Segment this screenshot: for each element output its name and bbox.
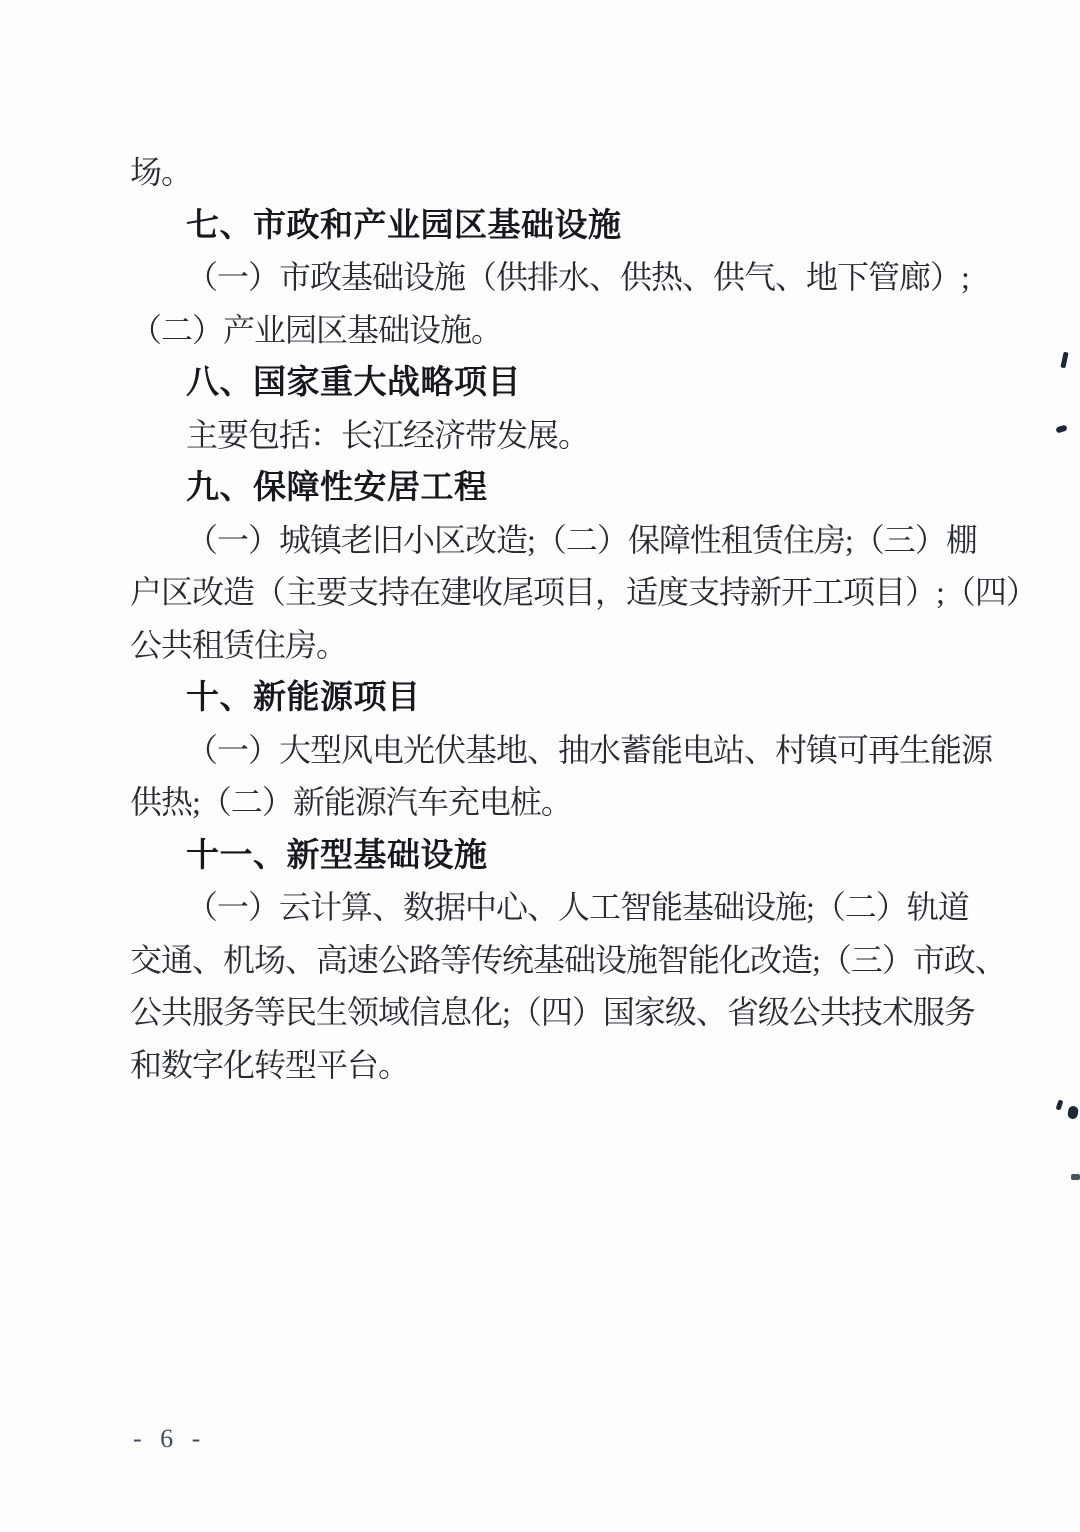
heading-line: 七、市政和产业园区基础设施 [130,199,940,252]
ink-speck [1071,1174,1080,1180]
body-line: 公共租赁住房。 [130,619,940,672]
heading-line: 十一、新型基础设施 [130,829,940,882]
body-line: （一）城镇老旧小区改造;（二）保障性租赁住房;（三）棚 [130,514,940,567]
body-line: 户区改造（主要支持在建收尾项目，适度支持新开工项目）;（四） [130,566,940,619]
page-number: - 6 - [133,1424,206,1454]
heading-line: 八、国家重大战略项目 [130,356,940,409]
heading-line: 十、新能源项目 [130,671,940,724]
body-line: 场。 [130,146,940,199]
ink-speck [1056,1099,1064,1110]
body-line: 和数字化转型平台。 [130,1039,940,1092]
body-line: 主要包括：长江经济带发展。 [130,409,940,462]
body-line: （一）云计算、数据中心、人工智能基础设施;（二）轨道 [130,881,940,934]
heading-line: 九、保障性安居工程 [130,461,940,514]
ink-speck [1067,1105,1079,1120]
ink-speck [1060,352,1068,369]
body-line: 供热;（二）新能源汽车充电桩。 [130,776,940,829]
body-line: （一）市政基础设施（供排水、供热、供气、地下管廊）; [130,251,940,304]
body-line: 公共服务等民生领域信息化;（四）国家级、省级公共技术服务 [130,986,940,1039]
body-line: （一）大型风电光伏基地、抽水蓄能电站、村镇可再生能源 [130,724,940,777]
ink-speck [1055,424,1067,433]
document-body: 场。 七、市政和产业园区基础设施 （一）市政基础设施（供排水、供热、供气、地下管… [130,146,940,1091]
body-line: （二）产业园区基础设施。 [130,304,940,357]
body-line: 交通、机场、高速公路等传统基础设施智能化改造;（三）市政、 [130,934,940,987]
scanned-document-page: 场。 七、市政和产业园区基础设施 （一）市政基础设施（供排水、供热、供气、地下管… [0,0,1080,1532]
